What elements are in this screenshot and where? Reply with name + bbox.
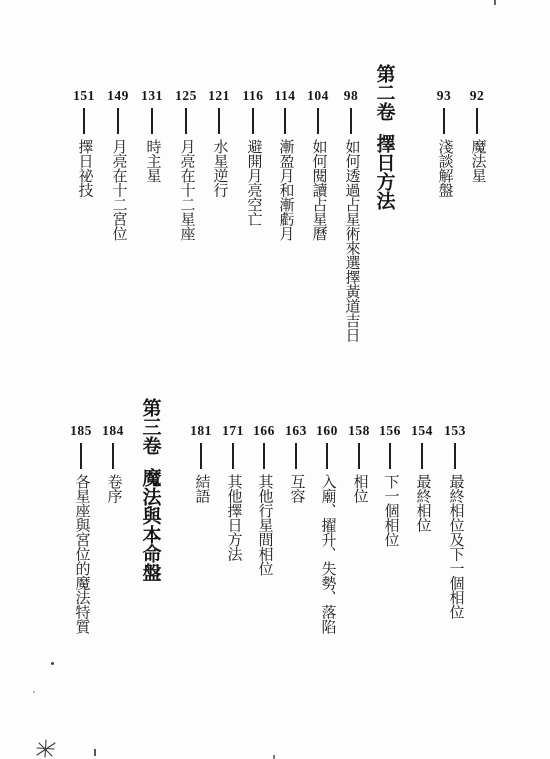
toc-entry-page: 121 <box>208 89 230 103</box>
toc-entry-page: 154 <box>411 424 433 438</box>
scanned-page: 第二卷 擇日方法 92 魔法星 93 淺談解盤 98 如何透過占星術來選擇黃道吉… <box>0 0 550 759</box>
toc-entry: 92 魔法星 <box>461 89 493 182</box>
toc-entry-page: 163 <box>285 424 307 438</box>
dash-line <box>83 108 85 134</box>
toc-entry-title: 淺談解盤 <box>437 139 452 197</box>
toc-entry-page: 131 <box>141 89 163 103</box>
toc-entry-page: 116 <box>242 89 263 103</box>
toc-entry: 131 時主星 <box>136 89 168 182</box>
dash-line <box>443 108 445 134</box>
edge-speck <box>494 0 496 5</box>
dash-line <box>252 108 254 134</box>
toc-entry-page: 160 <box>316 424 338 438</box>
toc-entry: 160 入廟、擢升、失勢、落陷 <box>311 424 343 633</box>
toc-entry-title: 魔法星 <box>470 139 485 183</box>
ink-dot <box>51 662 54 665</box>
toc-entry: 184 卷序 <box>97 424 129 503</box>
toc-entry-title: 最終相位 <box>415 474 430 532</box>
toc-entry-title: 如何閱讀占星曆 <box>311 139 326 241</box>
toc-entry-title: 時主星 <box>145 139 160 183</box>
toc-entry: 93 淺談解盤 <box>428 89 460 197</box>
toc-entry: 158 相位 <box>343 424 375 503</box>
faint-speck <box>33 691 35 693</box>
toc-entry: 104 如何閱讀占星曆 <box>302 89 334 240</box>
toc-entry: 151 擇日祕技 <box>68 89 100 197</box>
toc-entry: 153 最終相位及下一個相位 <box>439 424 471 619</box>
dash-line <box>421 443 423 469</box>
toc-entry-page: 171 <box>222 424 244 438</box>
toc-entry: 154 最終相位 <box>406 424 438 532</box>
dash-line <box>200 443 202 469</box>
toc-entry-page: 184 <box>102 424 124 438</box>
toc-entry: 125 月亮在十二星座 <box>170 89 202 240</box>
dash-line <box>218 108 220 134</box>
dash-line <box>295 443 297 469</box>
toc-entry-page: 158 <box>348 424 370 438</box>
toc-entry-title: 最終相位及下一個相位 <box>448 474 463 619</box>
section-part-label: 第三卷 <box>141 398 160 455</box>
toc-entry: 185 各星座與宮位的魔法特質 <box>65 424 97 633</box>
section-header-volume-3: 第三卷 魔法與本命盤 <box>130 398 170 582</box>
toc-entry-title: 其他行星間相位 <box>257 474 272 576</box>
toc-entry-page: 151 <box>73 89 95 103</box>
ink-tick <box>94 749 96 756</box>
toc-entry-title: 結語 <box>194 474 209 503</box>
toc-entry-title: 其他擇日方法 <box>226 474 241 561</box>
toc-entry: 171 其他擇日方法 <box>217 424 249 561</box>
toc-entry-title: 如何透過占星術來選擇黃道吉日 <box>344 139 359 342</box>
toc-entry-page: 149 <box>107 89 129 103</box>
dash-line <box>185 108 187 134</box>
toc-entry: 98 如何透過占星術來選擇黃道吉日 <box>335 89 367 342</box>
toc-entry-title: 避開月亮空亡 <box>246 139 261 226</box>
dash-line <box>112 443 114 469</box>
toc-entry-page: 114 <box>274 89 295 103</box>
toc-entry-page: 166 <box>253 424 275 438</box>
toc-entry-title: 下一個相位 <box>383 474 398 547</box>
toc-entry: 181 結語 <box>185 424 217 503</box>
dash-line <box>151 108 153 134</box>
toc-entry-page: 98 <box>344 89 359 103</box>
handdrawn-star-icon <box>36 739 56 758</box>
toc-entry-page: 153 <box>444 424 466 438</box>
toc-entry-title: 月亮在十二宮位 <box>111 139 126 241</box>
toc-entry: 149 月亮在十二宮位 <box>102 89 134 240</box>
toc-entry-page: 156 <box>379 424 401 438</box>
dash-line <box>317 108 319 134</box>
toc-entry: 163 互容 <box>280 424 312 503</box>
toc-entry-title: 擇日祕技 <box>77 139 92 197</box>
dash-line <box>284 108 286 134</box>
dash-line <box>389 443 391 469</box>
toc-entry-title: 漸盈月和漸虧月 <box>278 139 293 241</box>
toc-entry: 114 漸盈月和漸虧月 <box>269 89 301 240</box>
section-part-title: 魔法與本命盤 <box>141 468 160 582</box>
toc-entry-title: 各星座與宮位的魔法特質 <box>74 474 89 634</box>
edge-speck <box>273 755 275 759</box>
toc-entry-page: 185 <box>70 424 92 438</box>
toc-entry-title: 月亮在十二星座 <box>179 139 194 241</box>
toc-entry-page: 181 <box>190 424 212 438</box>
toc-entry-page: 92 <box>470 89 485 103</box>
toc-entry-title: 水星逆行 <box>212 139 227 197</box>
dash-line <box>232 443 234 469</box>
dash-line <box>263 443 265 469</box>
toc-entry-title: 相位 <box>352 474 367 503</box>
toc-entry: 116 避開月亮空亡 <box>237 89 269 226</box>
toc-entry: 166 其他行星間相位 <box>248 424 280 575</box>
toc-entry-page: 125 <box>175 89 197 103</box>
dash-line <box>117 108 119 134</box>
toc-entry-title: 卷序 <box>106 474 121 503</box>
toc-entry-title: 入廟、擢升、失勢、落陷 <box>320 474 335 634</box>
dash-line <box>80 443 82 469</box>
toc-entry: 121 水星逆行 <box>203 89 235 197</box>
section-part-title: 擇日方法 <box>375 134 394 210</box>
dash-line <box>476 108 478 134</box>
toc-entry: 156 下一個相位 <box>374 424 406 546</box>
dash-line <box>454 443 456 469</box>
toc-entry-page: 104 <box>307 89 329 103</box>
section-header-volume-2: 第二卷 擇日方法 <box>364 64 404 210</box>
section-part-label: 第二卷 <box>375 64 394 121</box>
toc-entry-title: 互容 <box>289 474 304 503</box>
dash-line <box>350 108 352 134</box>
dash-line <box>326 443 328 469</box>
dash-line <box>358 443 360 469</box>
toc-entry-page: 93 <box>437 89 452 103</box>
